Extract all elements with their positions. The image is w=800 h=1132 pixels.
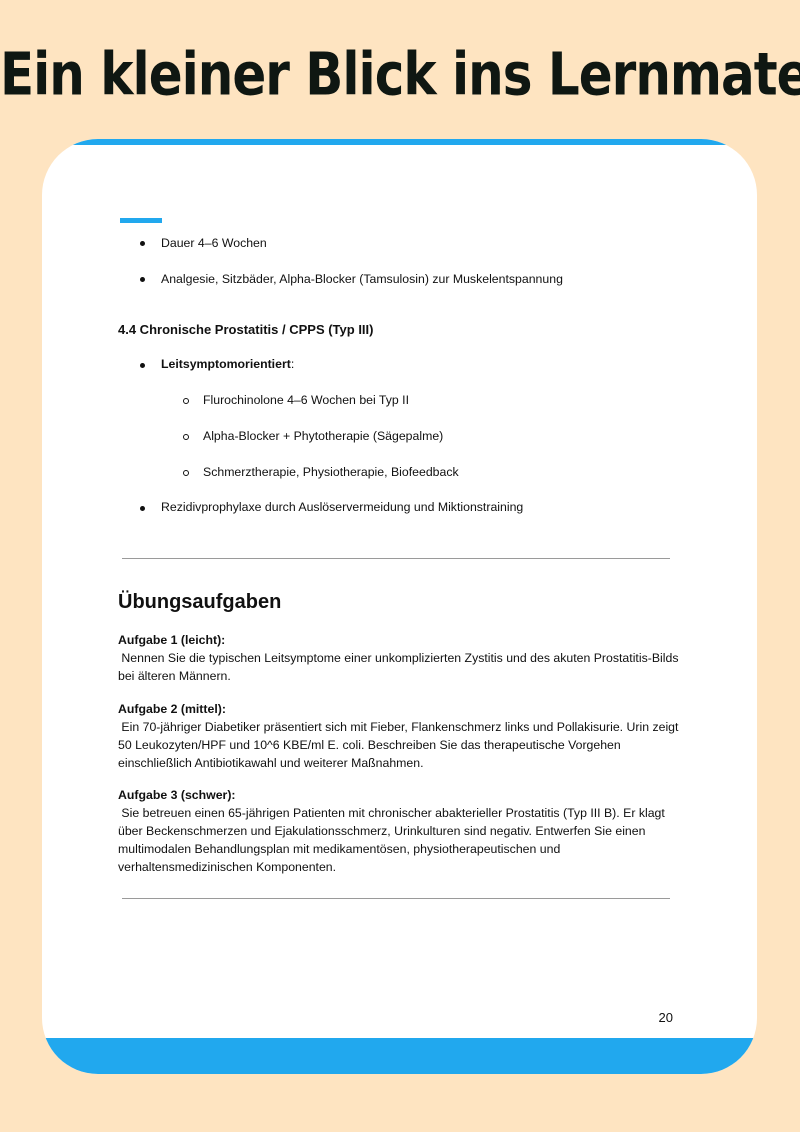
sub-list-item: Flurochinolone 4–6 Wochen bei Typ II [203,393,409,407]
lead-bullet-label: Leitsymptomorientiert [161,357,291,371]
task-text: Sie betreuen einen 65-jährigen Patienten… [118,804,688,876]
task-text: Ein 70-jähriger Diabetiker präsentiert s… [118,718,688,772]
exercise-task-1: Aufgabe 1 (leicht): Nennen Sie die typis… [118,631,688,685]
task-text: Nennen Sie die typischen Leitsymptome ei… [118,649,688,685]
sub-list-item: Schmerztherapie, Physiotherapie, Biofeed… [203,465,459,479]
task-label: Aufgabe 3 (schwer): [118,786,688,804]
exercises-heading: Übungsaufgaben [118,591,281,614]
page-headline: Ein kleiner Blick ins Lernmaterial: [0,40,800,108]
bullet-ring-icon [183,434,189,440]
bullet-dot-icon [140,363,145,368]
exercise-task-3: Aufgabe 3 (schwer): Sie betreuen einen 6… [118,786,688,876]
divider [122,558,670,559]
task-label: Aufgabe 1 (leicht): [118,631,688,649]
top-accent-strip [42,139,757,145]
list-item: Dauer 4–6 Wochen [161,236,267,250]
section-heading: 4.4 Chronische Prostatitis / CPPS (Typ I… [118,322,373,337]
bullet-dot-icon [140,277,145,282]
task-label: Aufgabe 2 (mittel): [118,700,688,718]
accent-dash [120,218,162,223]
page-number: 20 [659,1010,673,1025]
list-item-lead: Leitsymptomorientiert: [161,357,294,371]
bullet-dot-icon [140,506,145,511]
list-item: Rezidivprophylaxe durch Auslöservermeidu… [161,500,523,514]
bullet-ring-icon [183,470,189,476]
bottom-accent-band [42,1038,757,1074]
bullet-dot-icon [140,241,145,246]
document-page-card: Dauer 4–6 Wochen Analgesie, Sitzbäder, A… [42,139,757,1074]
lead-bullet-suffix: : [291,357,294,371]
divider [122,898,670,899]
exercise-task-2: Aufgabe 2 (mittel): Ein 70-jähriger Diab… [118,700,688,772]
sub-list-item: Alpha-Blocker + Phytotherapie (Sägepalme… [203,429,443,443]
list-item: Analgesie, Sitzbäder, Alpha-Blocker (Tam… [161,272,563,286]
bullet-ring-icon [183,398,189,404]
